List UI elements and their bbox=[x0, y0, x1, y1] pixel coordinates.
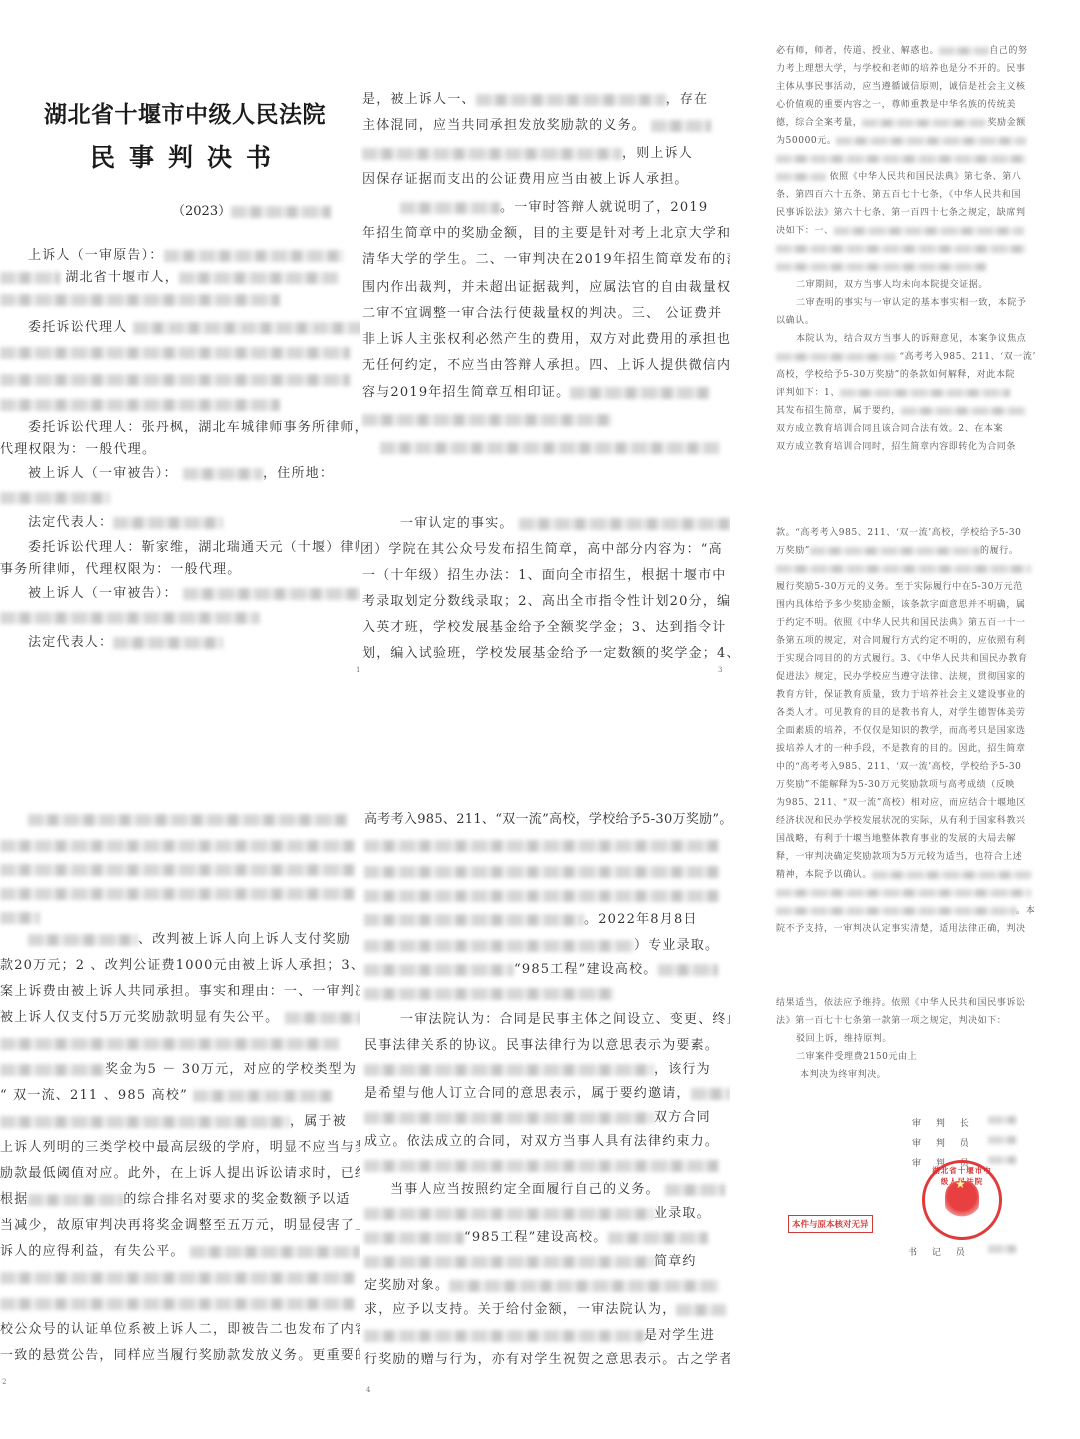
text-line: 为985、211、“双一流”高校）相对应，而应结合十堰地区 bbox=[776, 798, 1026, 809]
text-line: 容与2019年招生简章互相印证。 bbox=[362, 385, 710, 401]
text-line: 二审查明的事实与一审认定的基本事实相一致，本院予 bbox=[796, 298, 1026, 309]
text-line: 于约定不明。依照《中华人民共和国民法典》第五百一十一 bbox=[776, 618, 1026, 629]
text-line: 中的“高考考入985、211、‘双一流’高校，学校给予5-30 bbox=[776, 762, 1022, 773]
text-line: 简章约 bbox=[364, 1254, 697, 1270]
redacted-line bbox=[776, 262, 986, 273]
text-line: ，则上诉人 bbox=[362, 146, 693, 162]
text-line: 于实现合同目的的方式履行。3、《中华人民共和国民办教育 bbox=[776, 654, 1027, 665]
text-line: 款。“高考考入985、211、‘双一流’高校，学校给予5-30 bbox=[776, 528, 1022, 539]
text-line: 民事诉讼法》第六十七条、第一百四十七条之规定，缺席判 bbox=[776, 208, 1026, 219]
text-line: 一审法院认为：合同是民事主体之间设立、变更、终止 bbox=[400, 1012, 730, 1028]
redacted-line bbox=[776, 244, 1026, 255]
redacted-line bbox=[0, 838, 355, 854]
text-line: 求，应予以支持。关于给付金额，一审法院认为， bbox=[364, 1302, 726, 1318]
appellant-address: 湖北省十堰市人， bbox=[0, 270, 339, 286]
text-line: 二审期间，双方当事人均未向本院提交证据。 bbox=[796, 280, 988, 291]
text-line: 精神，本院予以确认。 bbox=[776, 870, 1032, 881]
text-line: 考录取划定分数线录取；2、高出全市指令性计划20分，编 bbox=[362, 594, 730, 610]
text-line: 拔培养人才的一种手段，不是教育的目的。因此，招生简章 bbox=[776, 744, 1026, 755]
text-line: 经济状况和民办学校发展状况的实际，从有利于国家科教兴 bbox=[776, 816, 1026, 827]
text-line: 行奖励的赠与行为，亦有对学生祝贺之意思表示。古之学者 bbox=[364, 1352, 730, 1368]
text-line: 案上诉费由被上诉人共同承担。事实和理由：一、一审判决 bbox=[0, 984, 360, 1000]
redacted-line bbox=[0, 862, 355, 878]
text-line: 主体从事民事活动，应当遵循诚信原则，诚信是社会主义核 bbox=[776, 82, 1026, 93]
legal-rep-2: 法定代表人： bbox=[28, 635, 223, 651]
agent-label: 委托诉讼代理人 bbox=[28, 320, 360, 336]
page-5: 必有师，师者，传道、授业、解惑也。自己的努 力考上理想大学，与学校和老师的培养也… bbox=[740, 38, 1080, 468]
text-line: 。2022年8月8日 bbox=[364, 912, 698, 928]
text-line: “ 双一流、211 、985 高校” bbox=[0, 1088, 333, 1104]
redacted-line bbox=[0, 1296, 355, 1312]
redacted-line bbox=[0, 397, 280, 413]
text-line: 促进法》规定，民办学校应当遵守法律、法规，贯彻国家的 bbox=[776, 672, 1026, 683]
text-line: 法》第一百七十七条第一款第一项之规定，判决如下： bbox=[776, 1016, 1006, 1027]
text-line: 围内具体给予多少奖励金额，该条款字面意思并不明确，属 bbox=[776, 600, 1026, 611]
text-line: 定奖励对象。 bbox=[364, 1278, 719, 1294]
text-line: 。一审时答辩人就说明了，2019 bbox=[400, 200, 708, 216]
text-line: 双方成立教育培训合同时，招生简章内容即转化为合同条 bbox=[776, 442, 1016, 453]
text-line: 依照《中华人民共和国民法典》第七条、第八 bbox=[776, 172, 1021, 183]
verdict-dismiss: 驳回上诉，维持原判。 bbox=[796, 1034, 892, 1045]
text-line: 主体混同，应当共同承担发放奖励款的义务。 bbox=[362, 118, 711, 134]
redacted-name bbox=[988, 1156, 1016, 1164]
redacted-line bbox=[0, 490, 110, 506]
text-line: 力考上理想大学，与学校和老师的培养也是分不开的。民事 bbox=[776, 64, 1026, 75]
redacted-line bbox=[28, 812, 348, 828]
page-6: 款。“高考考入985、211、‘双一流’高校，学校给予5-30 万奖励”的履行。… bbox=[740, 520, 1080, 1439]
text-line: 院不予支持，一审判决认定事实清楚，适用法律正确，判决 bbox=[776, 924, 1026, 935]
text-line: “985工程”建设高校。 bbox=[364, 962, 718, 978]
text-line: 一（十年级）招生办法：1、面向全市招生，根据十堰市中 bbox=[362, 568, 726, 584]
court-title: 湖北省十堰市中级人民法院 bbox=[44, 96, 326, 129]
text-line: 本院认为，结合双方当事人的诉辩意见，本案争议焦点 bbox=[796, 334, 1026, 345]
document-title: 民事判决书 bbox=[90, 138, 285, 174]
text-line: 当事人应当按照约定全面履行自己的义务。 bbox=[390, 1182, 725, 1198]
text-line: 是对学生进 bbox=[364, 1328, 715, 1344]
text-line: 一审认定的事实。 bbox=[400, 516, 730, 532]
text-line: 为50000元。 bbox=[776, 136, 1026, 147]
text-line: 各类人才。可见教育的目的是教书育人，对学生德智体美劳 bbox=[776, 708, 1026, 719]
text-line: 。本 bbox=[776, 906, 1035, 917]
redacted-line bbox=[0, 292, 280, 308]
text-line: 因保存证据而支出的公证费用应当由被上诉人承担。 bbox=[362, 172, 689, 188]
page-3: 是，被上诉人一、，存在 主体混同，应当共同承担发放奖励款的义务。 ，则上诉人 因… bbox=[360, 80, 730, 680]
text-line: “高考考入985、211、‘双一流’ bbox=[776, 352, 1036, 363]
text-line: 上诉人列明的三类学校中最高层级的学府，明显不应当与奖 bbox=[0, 1140, 360, 1156]
text-line: 履行奖励5-30万元的义务。至于实际履行中在5-30万元范 bbox=[776, 582, 1023, 593]
star-icon: ★ bbox=[955, 1177, 966, 1191]
redacted-line bbox=[0, 610, 260, 626]
redacted-line bbox=[380, 440, 720, 456]
text-line: 款20万元；2 、改判公证费1000元由被上诉人承担；3、本 bbox=[0, 958, 360, 974]
text-line: 条第五项的规定，对合同履行方式约定不明的，应依照有利 bbox=[776, 636, 1026, 647]
clerk-label: 书 记 员 bbox=[908, 1245, 971, 1258]
verdict-fee: 二审案件受理费2150元由上 bbox=[796, 1052, 917, 1063]
court-seal-icon: 湖北省十堰市中级人民法院 ★ bbox=[922, 1160, 1002, 1240]
text-line: 励款最低阈值对应。此外，在上诉人提出诉讼请求时，已经 bbox=[0, 1166, 360, 1182]
text-line: 其发布招生简章，属于要约， bbox=[776, 406, 1026, 417]
text-line: 评判如下：1、 bbox=[776, 388, 1010, 399]
redacted-line bbox=[0, 886, 355, 902]
text-line: 决如下：一、 bbox=[776, 226, 1024, 237]
case-number: （2023） bbox=[172, 200, 331, 219]
text-line: 清华大学的学生。二、一审判决在2019年招生简章发布的范 bbox=[362, 252, 730, 268]
redacted-name bbox=[988, 1116, 1016, 1124]
appellee-1-label: 被上诉人（一审被告）： ，住所地： bbox=[28, 466, 334, 482]
presiding-judge-label: 审 判 长 bbox=[912, 1116, 975, 1129]
text-line: 必有师，师者，传道、授业、解惑也。自己的努 bbox=[776, 46, 1028, 57]
redacted-line bbox=[776, 888, 1031, 899]
redacted-line bbox=[364, 986, 614, 1002]
text-line: ，属于被 bbox=[0, 1114, 347, 1130]
legal-rep-1: 法定代表人： bbox=[28, 515, 223, 531]
text-line: 国战略，有利于十堰当地整体教育事业的发展的大局去解 bbox=[776, 834, 1016, 845]
page-number: 4 bbox=[366, 1386, 370, 1394]
appellee-2-label: 被上诉人（一审被告）： bbox=[28, 586, 360, 602]
text-line: 成立。依法成立的合同，对双方当事人具有法律约束力。 bbox=[364, 1134, 719, 1150]
text-line: 德，综合全案考量，奖励金额 bbox=[776, 118, 1026, 129]
text-line: “985工程”建设高校。 bbox=[364, 1230, 708, 1246]
text-line: 民事法律关系的协议。民事法律行为以意思表示为要素。 bbox=[364, 1038, 719, 1054]
text-line: 高校，学校给予5-30万奖励”的条款如何解释，对此本院 bbox=[776, 370, 1015, 381]
text-line: 年招生简章中的奖励金额，目的主要是针对考上北京大学和 bbox=[362, 226, 730, 242]
redacted-name bbox=[988, 1245, 1016, 1253]
text-line: 全面素质的培养，不仅仅是知识的教学，而高考只是国家选 bbox=[776, 726, 1026, 737]
page-number: 2 bbox=[2, 1378, 6, 1386]
page-1: 湖北省十堰市中级人民法院 民事判决书 （2023） 上诉人（一审原告）： 湖北省… bbox=[0, 70, 360, 680]
redacted-name bbox=[988, 1136, 1016, 1144]
redacted-line bbox=[362, 412, 612, 428]
verified-copy-stamp: 本件与原本核对无异 bbox=[788, 1215, 873, 1233]
text-line: 万奖励”不能解释为5-30万元奖励款项与高考成绩（反映 bbox=[776, 780, 1015, 791]
text-line: 是希望与他人订立合同的意思表示，属于要约邀请， bbox=[364, 1086, 730, 1102]
text-line: 当减少，故原审判决再将奖金调整至五万元，明显侵害了上 bbox=[0, 1218, 360, 1234]
agent-jin: 委托诉讼代理人：靳家维，湖北瑞通天元（十堰）律师 bbox=[28, 540, 360, 556]
page-number: 3 bbox=[718, 666, 722, 674]
text-line: 双方成立教育培训合同且该合同合法有效。2、在本案 bbox=[776, 424, 1003, 435]
text-line: 高考考入985、211、“双一流”高校，学校给予5-30万奖励”。 bbox=[364, 812, 730, 828]
page-2: 、改判被上诉人向上诉人支付奖励 款20万元；2 、改判公证费1000元由被上诉人… bbox=[0, 800, 360, 1439]
redacted-line bbox=[364, 1158, 719, 1174]
text-line: 校公众号的认证单位系被上诉人二，即被告二也发布了内容 bbox=[0, 1322, 360, 1338]
appellant-label: 上诉人（一审原告）： bbox=[28, 248, 344, 264]
text-line: 心价值观的重要内容之一，尊师重教是中华名族的传统美 bbox=[776, 100, 1016, 111]
agent-scope: 代理权限为：一般代理。 bbox=[0, 442, 156, 458]
text-line: 划，编入试验班，学校发展基金给予一定数额的奖学金；4、 bbox=[362, 646, 730, 662]
judge-1-label: 审 判 员 bbox=[912, 1136, 975, 1149]
text-line: 业录取。 bbox=[364, 1206, 711, 1222]
text-line: 奖金为5 － 30万元，对应的学校类型为 bbox=[0, 1062, 357, 1078]
text-line: 条、第四百六十五条、第五百七十七条，《中华人民共和国 bbox=[776, 190, 1021, 201]
redacted-line bbox=[0, 1270, 355, 1286]
text-line: 万奖励”的履行。 bbox=[776, 546, 1018, 557]
text-line: 入英才班，学校发展基金给予全额奖学金；3、达到指令计 bbox=[362, 620, 726, 636]
redacted-line bbox=[0, 345, 350, 361]
text-line: 以确认。 bbox=[776, 316, 814, 327]
text-line: 一致的悬赏公告，同样应当履行奖励款发放义务。更重要的 bbox=[0, 1348, 360, 1364]
text-line: 释，一审判决确定奖励款项为5万元较为适当，也符合上述 bbox=[776, 852, 1022, 863]
redacted-line bbox=[0, 1036, 340, 1052]
text-line: 非上诉人主张权利必然产生的费用，双方对此费用的承担也 bbox=[362, 332, 730, 348]
text-line: ，该行为 bbox=[364, 1062, 711, 1078]
redacted-line bbox=[776, 154, 1026, 165]
text-line: 是，被上诉人一、，存在 bbox=[362, 92, 708, 108]
agent-zhang: 委托诉讼代理人：张丹枫，湖北车城律师事务所律师， bbox=[28, 420, 360, 436]
agent-jin-scope: 事务所律师，代理权限为：一般代理。 bbox=[0, 562, 241, 578]
text-line: 无任何约定，不应当由答辩人承担。四、上诉人提供微信内 bbox=[362, 358, 730, 374]
redacted-line bbox=[0, 372, 350, 388]
text-line: 被上诉人仅支付5万元奖励款明显有失公平。 bbox=[0, 1010, 360, 1026]
text-line: 、改判被上诉人向上诉人支付奖励 bbox=[28, 932, 351, 948]
text-line: 双方合同 bbox=[364, 1110, 711, 1126]
text-line: 结果适当，依法应予维持。依照《中华人民共和国民事诉讼 bbox=[776, 998, 1026, 1009]
redacted-line bbox=[364, 888, 719, 904]
text-line: 团）学院在其公众号发布招生简章，高中部分内容为：“高 bbox=[360, 542, 723, 558]
text-line: 二审不宜调整一审合法行使裁量权的判决。三、 公证费并 bbox=[362, 306, 722, 322]
text-line: 围内作出裁判，并未超出证据裁判，应属法官的自由裁量权， bbox=[362, 280, 730, 296]
text-line: ）专业录取。 bbox=[364, 938, 719, 954]
text-line: 根据的综合排名对要求的奖金数额予以适 bbox=[0, 1192, 351, 1208]
verdict-final: 本判决为终审判决。 bbox=[800, 1070, 886, 1081]
redacted-line bbox=[364, 864, 719, 880]
redacted-line bbox=[776, 564, 1031, 575]
text-line: 教育方针，保证教育质量，致力于培养社会主义建设事业的 bbox=[776, 690, 1026, 701]
redacted-line bbox=[364, 838, 719, 854]
text-line: 诉人的应得利益，有失公平。 bbox=[0, 1244, 360, 1260]
page-4: 高考考入985、211、“双一流”高校，学校给予5-30万奖励”。 。2022年… bbox=[360, 800, 730, 1439]
redacted-line bbox=[0, 910, 40, 926]
